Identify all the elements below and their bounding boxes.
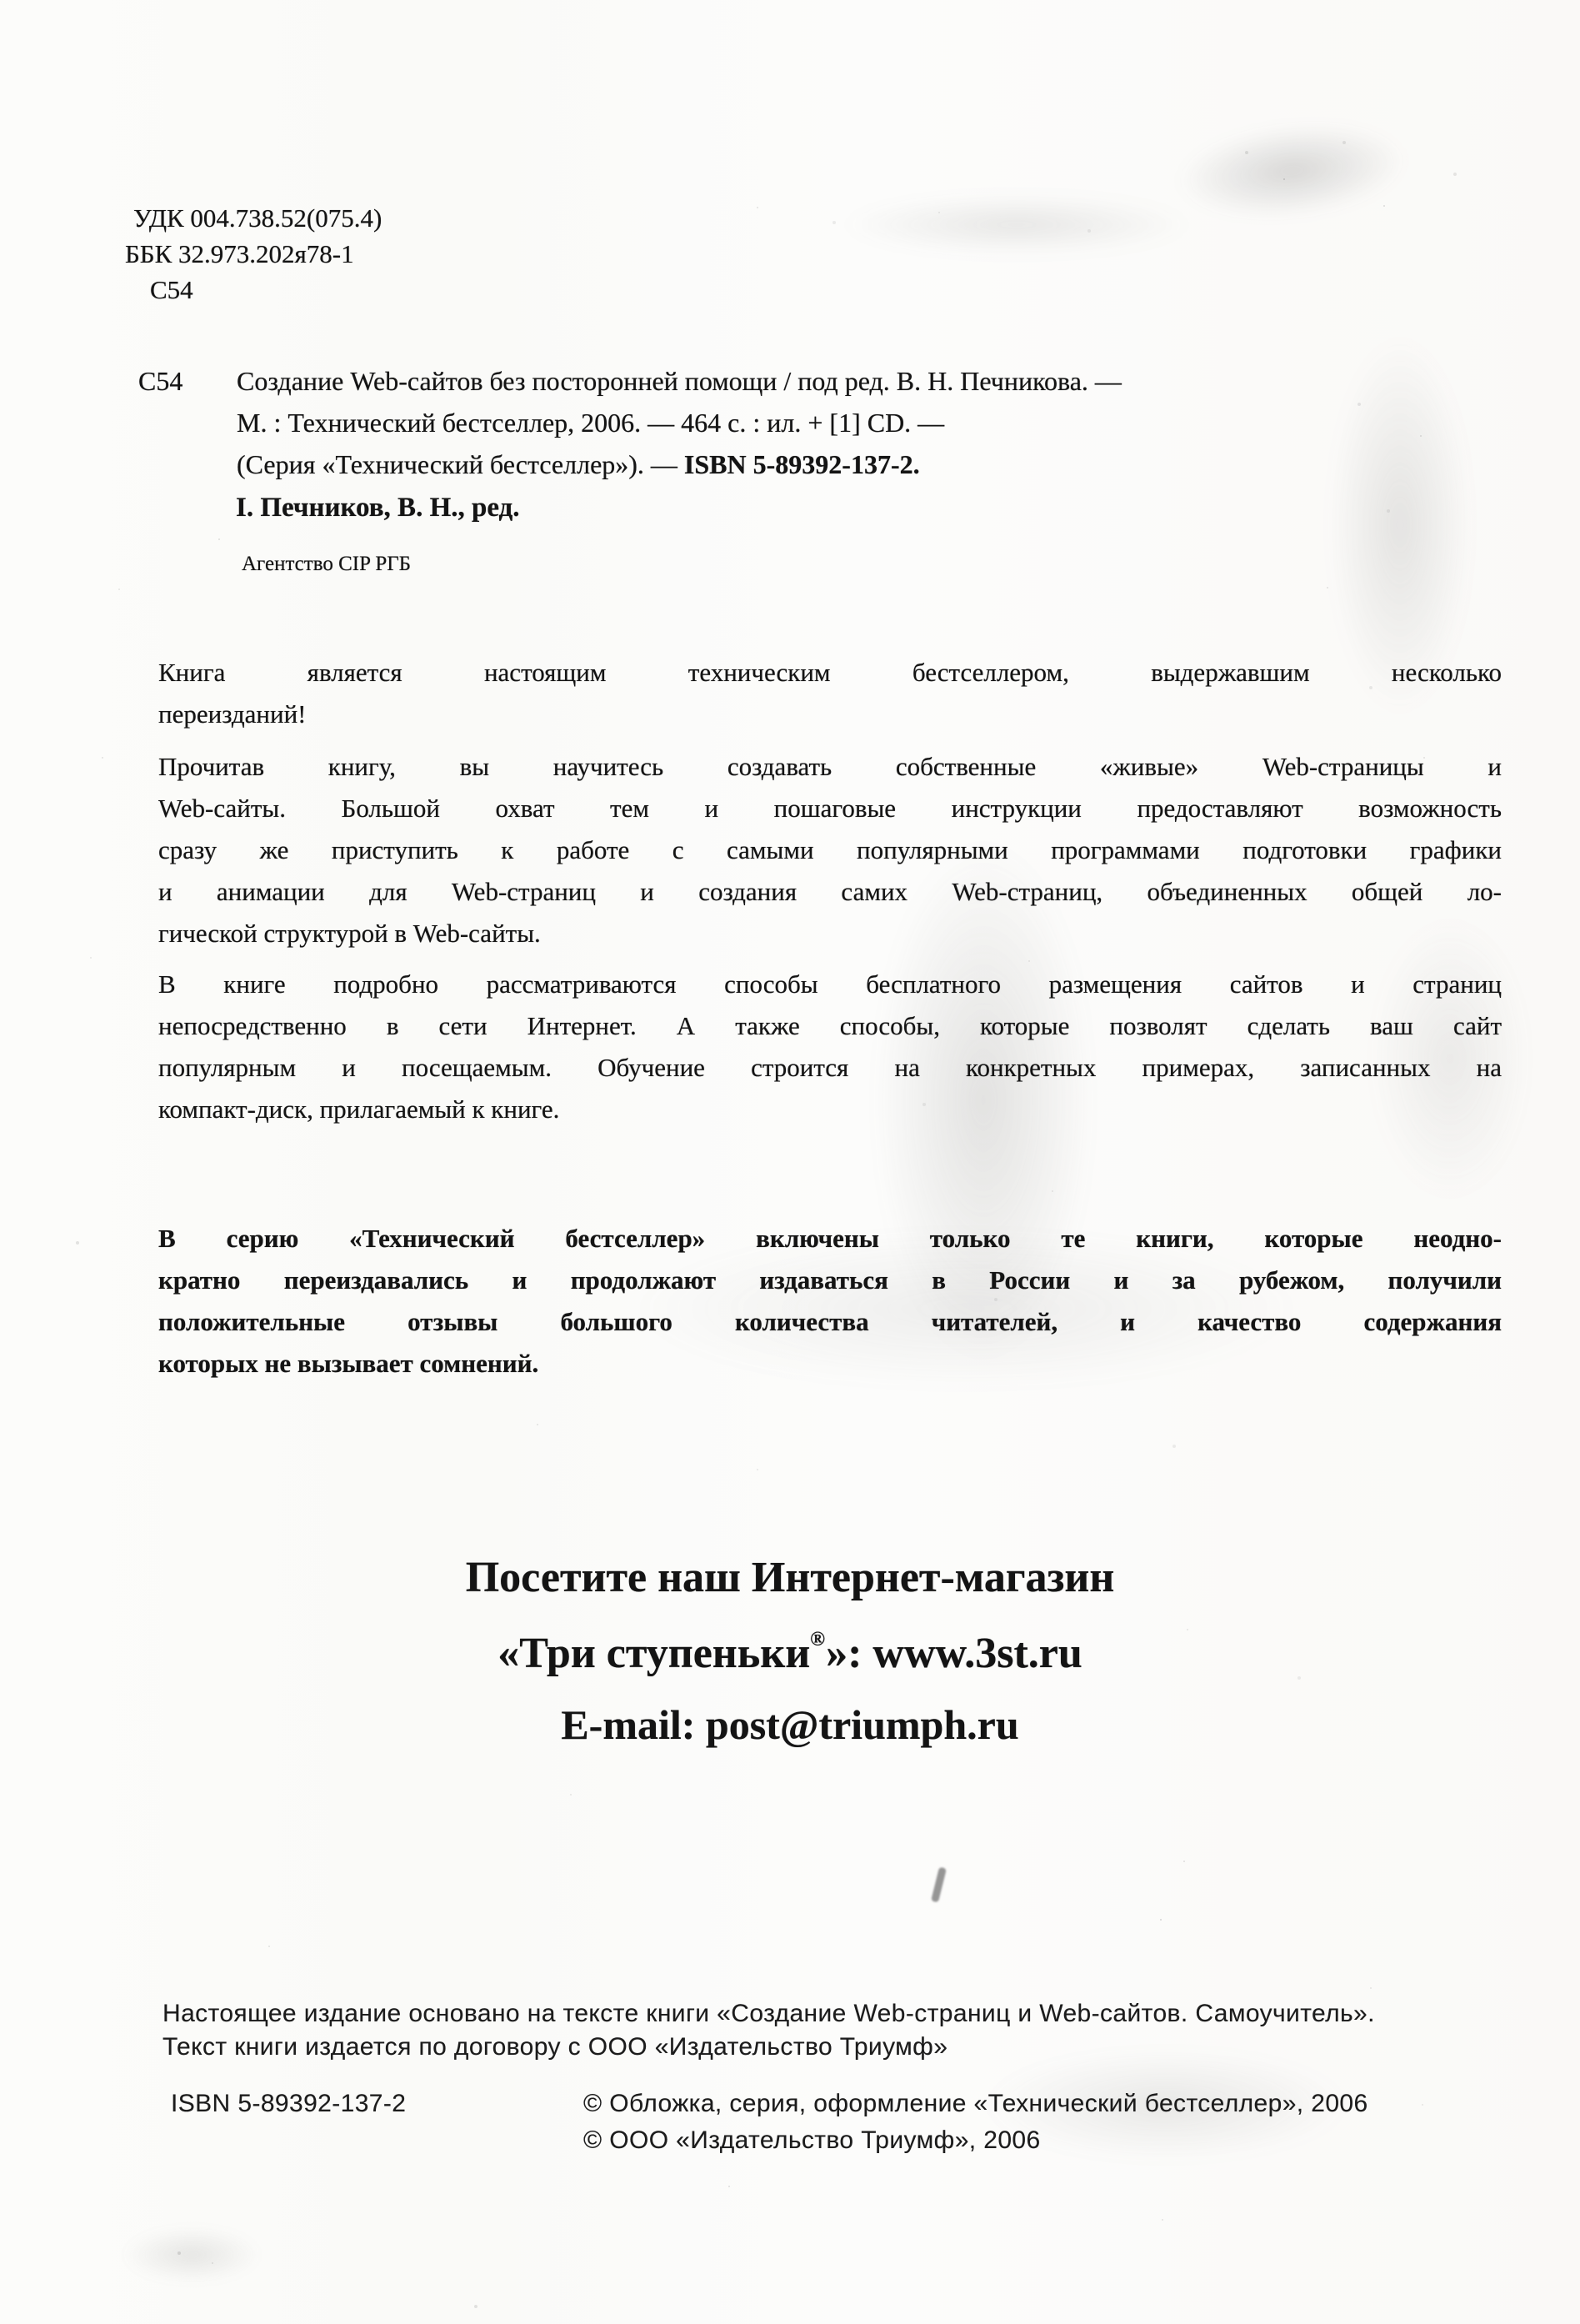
text-line: кратно переиздавались и продолжают издав… [158,1260,1502,1301]
store-url: »: www.3st.ru [826,1630,1082,1677]
text-line: компакт-диск, прилагаемый к книге. [158,1089,1502,1130]
catalog-line-1: Создание Web-сайтов без посторонней помо… [237,360,1122,402]
text-line: Книга является настоящим техническим бес… [158,652,1502,694]
edition-note: Настоящее издание основано на тексте кни… [162,1997,1375,2064]
series-text: (Серия «Технический бестселлер»). — [237,449,684,479]
editor-entry: I. Печников, В. Н., ред. [236,493,520,523]
text-line: Прочитав книгу, вы научитесь создавать с… [158,746,1502,788]
annotation-paragraph-2: Прочитав книгу, вы научитесь создавать с… [158,746,1502,954]
scan-bleedthrough-smudge [100,2217,283,2292]
store-name-and-url: «Три ступеньки®»: www.3st.ru [0,1612,1580,1681]
catalog-line-2: М. : Технический бестселлер, 2006. — 464… [237,402,1122,443]
text-line: гической структурой в Web-сайты. [158,913,1502,954]
annotation-paragraph-1: Книга является настоящим техническим бес… [158,652,1502,735]
udk-number: УДК 004.738.52(075.4) [133,200,382,236]
catalog-code: С54 [138,360,237,485]
catalog-description: Создание Web-сайтов без посторонней помо… [237,360,1122,485]
isbn-footer: ISBN 5-89392-137-2 [171,2086,406,2122]
text-line: переизданий! [158,694,1502,735]
scanned-imprint-page: УДК 004.738.52(075.4) ББК 32.973.202я78-… [0,0,1580,2324]
catalog-entry: С54 Создание Web-сайтов без посторонней … [138,360,1122,485]
bbk-number: ББК 32.973.202я78-1 [125,236,382,272]
text-line: Web-сайты. Большой охват тем и пошаговые… [158,788,1502,829]
catalog-line-3: (Серия «Технический бестселлер»). — ISBN… [237,443,1122,485]
text-line: популярным и посещаемым. Обучение строит… [158,1047,1502,1089]
scan-ink-mark [931,1867,947,1903]
scan-bleedthrough-smudge [783,185,1250,264]
scan-noise-speckles [0,0,2,2]
text-line: сразу же приступить к работе с самыми по… [158,829,1502,871]
contact-email: E-mail: post@triumph.ru [0,1698,1580,1751]
annotation-paragraph-3: В книге подробно рассматриваются способы… [158,964,1502,1130]
copyright-block: © Обложка, серия, оформление «Технически… [583,2086,1368,2159]
promo-heading: Посетите наш Интернет-магазин [0,1550,1580,1605]
author-sign-code: С54 [150,272,382,308]
cip-agency-note: Агентство CIP РГБ [242,553,411,576]
copyright-line-2: © ООО «Издательство Триумф», 2006 [583,2122,1368,2159]
isbn-number: ISBN 5-89392-137-2. [684,449,920,479]
classification-block: УДК 004.738.52(075.4) ББК 32.973.202я78-… [125,200,382,308]
store-promo-block: Посетите наш Интернет-магазин «Три ступе… [0,1550,1580,1751]
series-note-paragraph: В серию «Технический бестселлер» включен… [158,1218,1502,1385]
text-line: непосредственно в сети Интернет. А также… [158,1005,1502,1047]
edition-note-line-2: Текст книги издается по договору с ООО «… [162,2031,1375,2064]
copyright-line-1: © Обложка, серия, оформление «Технически… [583,2086,1368,2122]
scan-bleedthrough-smudge [1127,93,1456,250]
store-name: «Три ступеньки [497,1630,810,1677]
text-line: которых не вызывает сомнений. [158,1343,1502,1385]
text-line: и анимации для Web-страниц и создания са… [158,871,1502,913]
text-line: В книге подробно рассматриваются способы… [158,964,1502,1005]
registered-trademark-mark: ® [810,1629,826,1650]
text-line: положительные отзывы большого количества… [158,1301,1502,1343]
text-line: В серию «Технический бестселлер» включен… [158,1218,1502,1260]
edition-note-line-1: Настоящее издание основано на тексте кни… [162,1997,1375,2031]
